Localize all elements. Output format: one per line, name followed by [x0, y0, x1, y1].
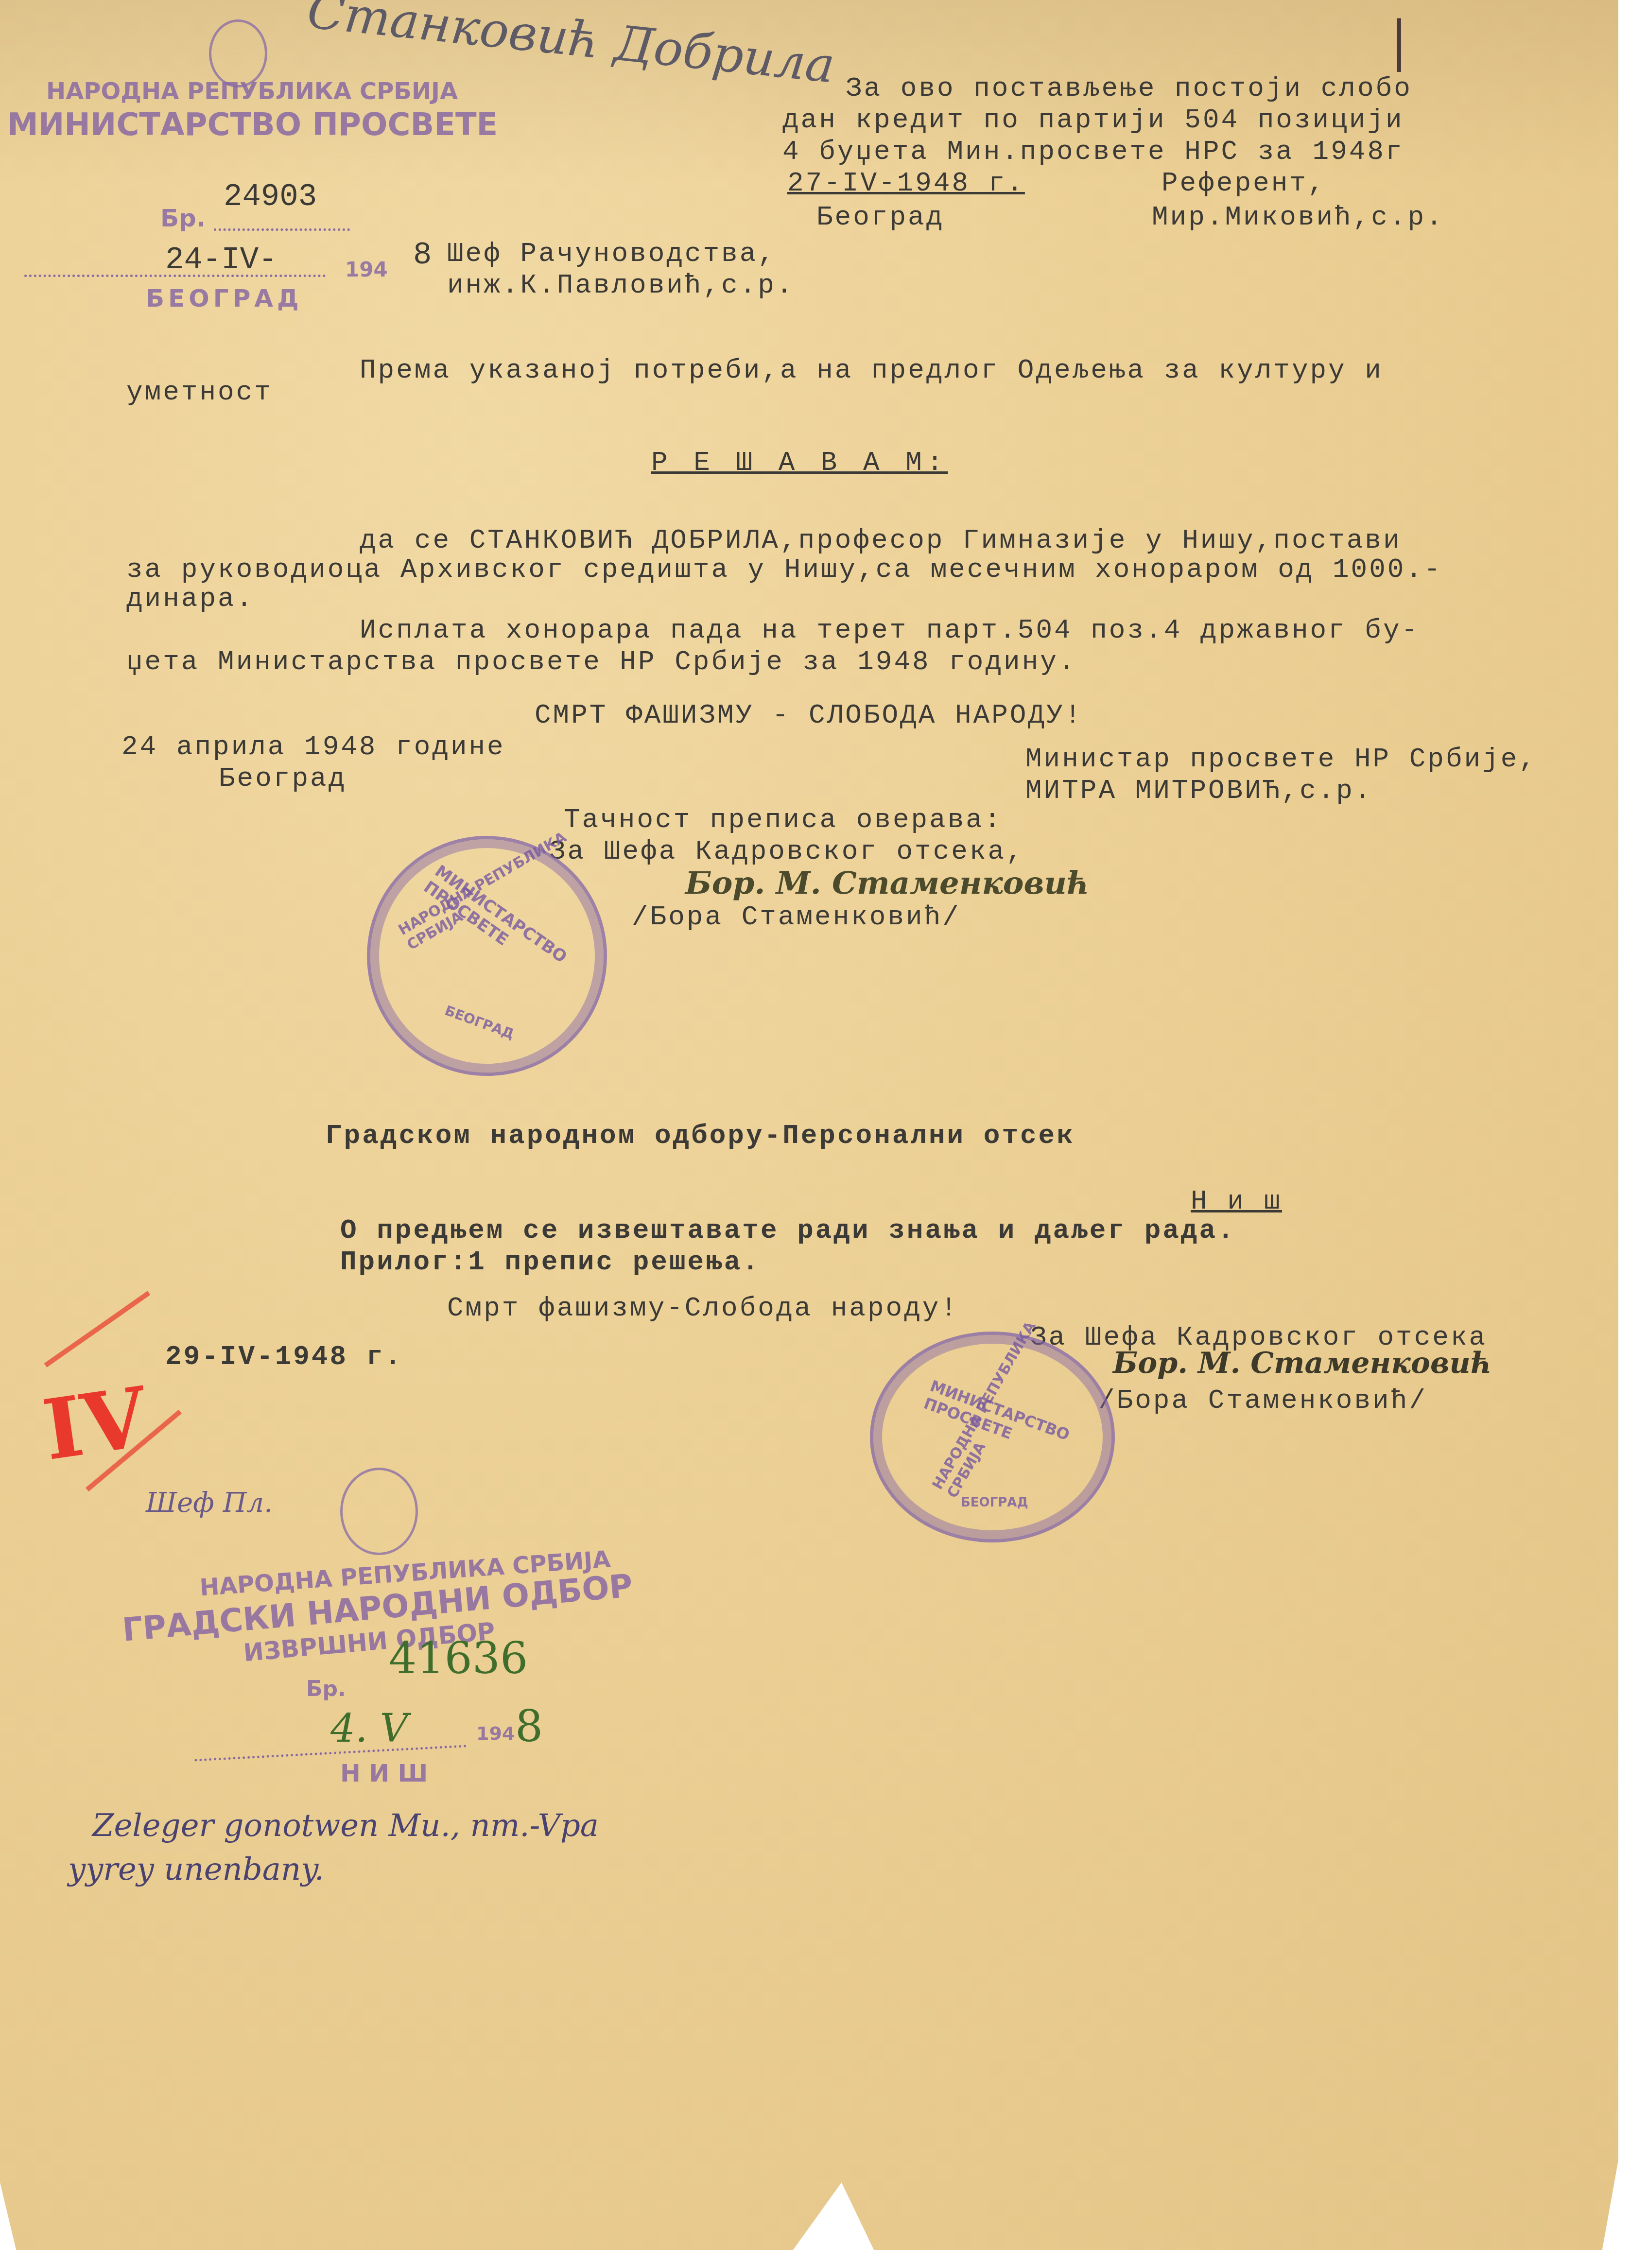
- corner-mark: |: [1390, 10, 1408, 72]
- minister-name: МИТРА МИТРОВИЋ,с.р.: [1025, 775, 1373, 806]
- intro-line-2: уметност: [126, 377, 273, 408]
- payment-line-1: Исплата хонорара пада на терет парт.504 …: [360, 615, 1420, 646]
- number-underline: [214, 228, 350, 231]
- budget-note-line-1: За ово постављење постоји слобо: [846, 73, 1412, 104]
- receipt-year-suffix: 8: [515, 1701, 543, 1752]
- budget-note-role: Референт,: [1162, 168, 1326, 199]
- budget-note-city: Београд: [816, 202, 944, 233]
- receipt-number: 41636: [389, 1633, 528, 1684]
- notice-line-1: О предњем се извештавате ради знања и да…: [340, 1215, 1236, 1246]
- certification-name: /Бора Стаменковић/: [632, 901, 961, 933]
- closing-slogan: СМРТ ФАШИЗМУ - СЛОБОДА НАРОДУ!: [535, 700, 1083, 731]
- decision-line-3: динара.: [126, 583, 254, 614]
- receipt-initials: Шеф Пл.: [146, 1487, 273, 1519]
- closing-date: 24 априла 1948 године: [121, 731, 505, 762]
- letterhead-number-label: Бр.: [160, 204, 206, 232]
- letterhead-date: 24-IV-: [165, 243, 277, 278]
- receipt-number-label: Бр.: [306, 1677, 346, 1701]
- letterhead-year-prefix: 194: [345, 258, 388, 281]
- decision-line-2: за руководиоца Архивског средишта у Нишу…: [126, 554, 1442, 585]
- addressee-line-2: инж.К.Павловић,с.р.: [447, 270, 795, 301]
- receipt-city: Н И Ш: [340, 1759, 428, 1787]
- letterhead-ministry: МИНИСТАРСТВО ПРОСВЕТЕ: [7, 107, 498, 143]
- certification-line-1: Тачност преписа оверава:: [564, 804, 1003, 835]
- notice-recipient: Градском народном одбору-Персонални отсе…: [326, 1120, 1075, 1151]
- intro-line-1: Према указаној потреби,а на предлог Одељ…: [360, 355, 1383, 386]
- decision-line-1: да се СТАНКОВИЋ ДОБРИЛА,професор Гимнази…: [360, 525, 1402, 556]
- payment-line-2: џета Министарства просвете НР Србије за …: [126, 646, 1076, 677]
- addressee-line-1: Шеф Рачуноводства,: [447, 238, 776, 269]
- notice-line-2: Прилог:1 препис решења.: [340, 1247, 761, 1278]
- closing-city: Београд: [219, 763, 347, 794]
- seal-city-text: БЕОГРАД: [443, 1002, 517, 1042]
- budget-note-date: 27-IV-1948 г.: [787, 168, 1025, 199]
- budget-note-line-2: дан кредит по партији 504 позицији: [782, 104, 1404, 136]
- ministry-seal-2: НАРОДНА РЕПУБЛИКА СРБИЈА МИНИСТАРСТВО ПР…: [870, 1332, 1115, 1542]
- notice-signature: Бор. М. Стаменковић: [1113, 1346, 1492, 1380]
- budget-note-line-3: 4 буџета Мин.просвете НРС за 1948г: [782, 136, 1404, 167]
- notice-slogan: Смрт фашизму-Слобода народу!: [447, 1293, 959, 1324]
- letterhead-republic: НАРОДНА РЕПУБЛИКА СРБИЈА: [46, 78, 458, 105]
- ministry-seal-1: НАРОДНА РЕПУБЛИКА СРБИЈА МИНИСТАРСТВО ПР…: [367, 836, 607, 1076]
- letterhead-city: БЕОГРАД: [146, 284, 303, 312]
- notice-city: Н и ш: [1191, 1186, 1282, 1217]
- certification-signature: Бор. М. Стаменковић: [685, 865, 1090, 901]
- notice-signer-name: /Бора Стаменковић/: [1098, 1385, 1427, 1416]
- receipt-date: 4. V: [330, 1706, 408, 1751]
- handwritten-note-line-2: yyrey unenbany.: [68, 1852, 324, 1887]
- notice-date: 29-IV-1948 г.: [165, 1341, 403, 1372]
- red-pencil-mark: IV: [37, 1368, 153, 1479]
- date-underline: [24, 275, 326, 277]
- receipt-year-prefix: 194: [476, 1723, 515, 1744]
- receipt-emblem-icon: [340, 1468, 418, 1555]
- minister-title: Министар просвете НР Србије,: [1025, 744, 1537, 775]
- budget-note-signer: Мир.Миковић,с.р.: [1152, 202, 1444, 233]
- letterhead-number: 24903: [224, 180, 317, 215]
- letterhead-year-suffix: 8: [413, 238, 434, 273]
- state-emblem-icon: [209, 19, 267, 87]
- certification-line-2: За Шефа Кадровског отсека,: [549, 836, 1024, 867]
- decision-heading: Р Е Ш А В А М:: [651, 447, 948, 478]
- handwritten-note-line-1: Zeleger gonotwen Mu., nm.-Vpa: [92, 1808, 599, 1844]
- seal2-city-text: БЕОГРАД: [961, 1495, 1028, 1510]
